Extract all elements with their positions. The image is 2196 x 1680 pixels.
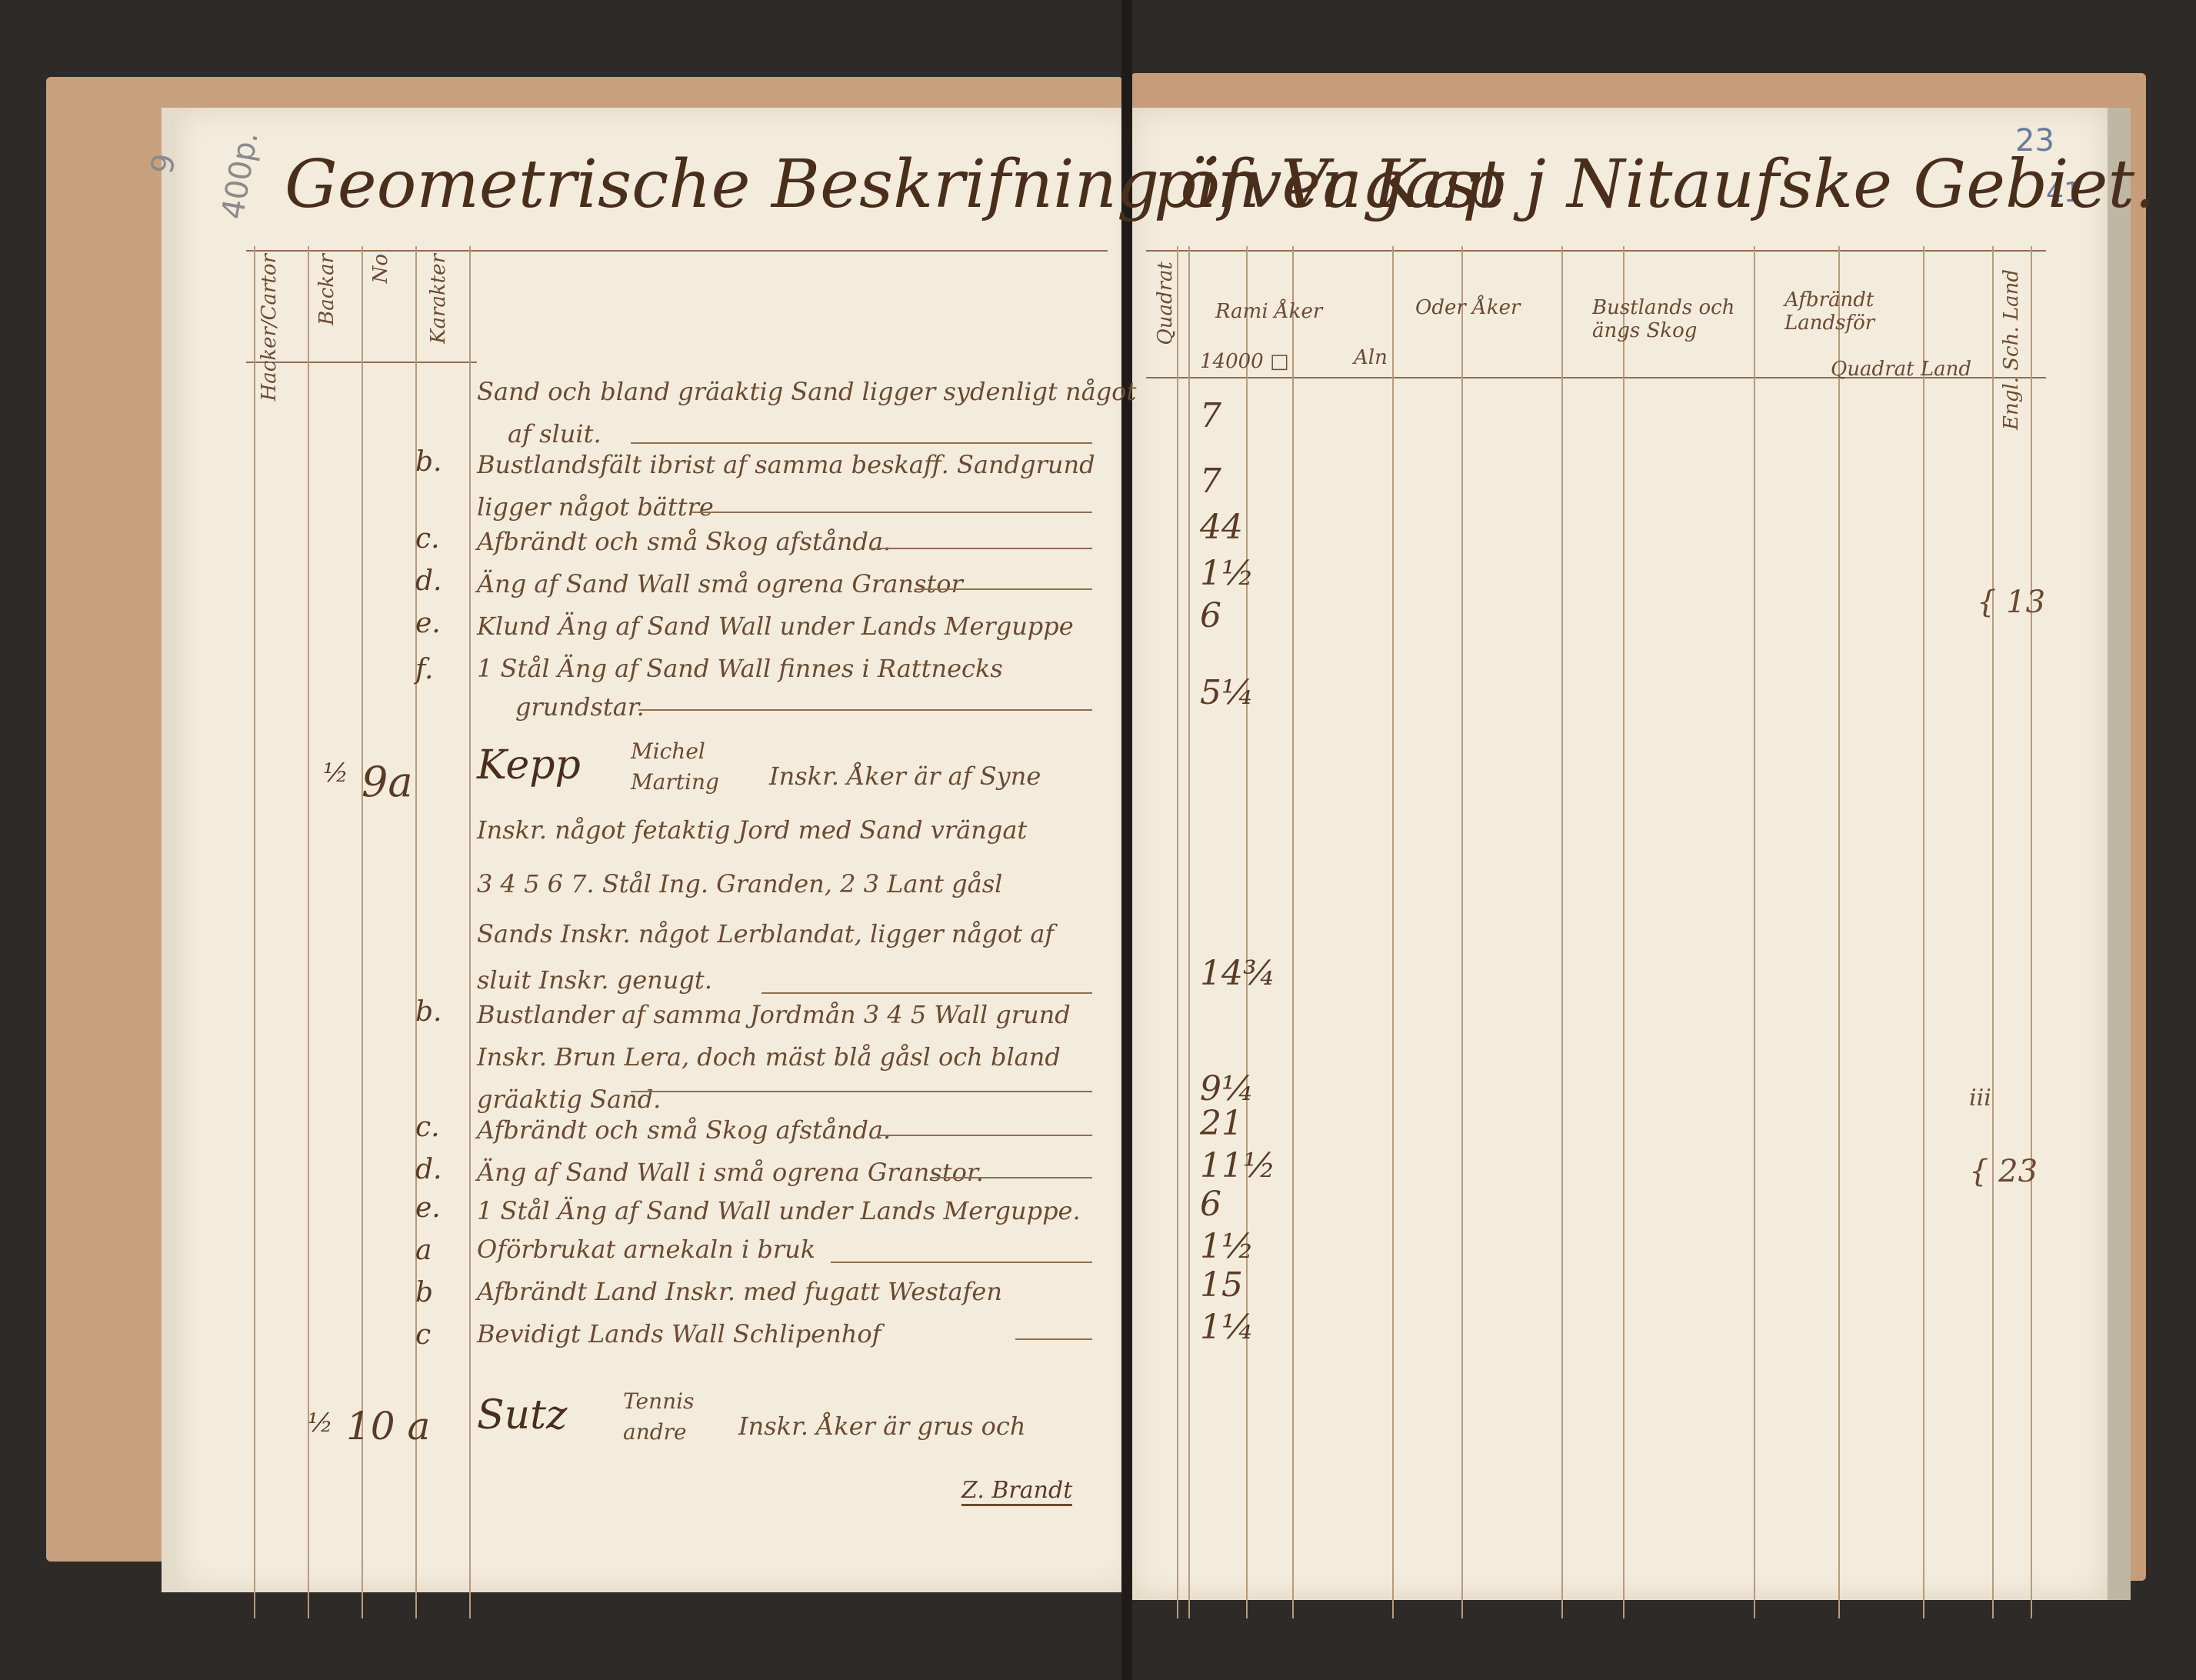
entry-letter: 9a <box>362 758 413 806</box>
title-right: pin Vagast j Nitaufske Gebiet. <box>1154 146 2155 223</box>
subheader-extra: Quadrat Land <box>1831 358 1971 381</box>
col-line <box>1177 246 1178 1618</box>
col-line <box>1561 246 1563 1618</box>
entry-rule <box>915 588 1092 590</box>
entry-rule <box>631 1091 1092 1092</box>
colhead-engl: Engl. Sch. Land <box>2000 269 2023 430</box>
colhead-oder-aker: Oder Åker <box>1415 296 1520 319</box>
entry-text: Inskr. Åker är af Syne <box>769 762 1041 791</box>
col-line <box>1188 246 1190 1618</box>
entry-area: 11½ <box>1200 1146 1276 1185</box>
entry-rule <box>692 512 1092 513</box>
colhead-rami-aker: Rami Åker <box>1215 300 1322 323</box>
entry-area: 15 <box>1200 1265 1243 1305</box>
entry-area: 7 <box>1200 462 1221 501</box>
entry-rule <box>931 1177 1092 1178</box>
col-line <box>254 246 255 1618</box>
entry-letter: c <box>415 1319 431 1351</box>
subheader-aln: Aln <box>1354 346 1388 369</box>
entry-fraction: ½ <box>308 1408 333 1438</box>
owner-name: andre <box>623 1419 687 1445</box>
col-line <box>1292 246 1294 1618</box>
entry-cont: Inskr. Brun Lera, doch mäst blå gåsl och… <box>477 1042 1061 1072</box>
col-line <box>2031 246 2032 1618</box>
colhead-backar: Backar <box>315 254 338 325</box>
entry-cont: 3 4 5 6 7. Stål Ing. Granden, 2 3 Lant g… <box>477 869 1002 898</box>
entry-letter: f. <box>415 654 433 685</box>
header-rule-right <box>1146 250 2046 252</box>
owner-name: Marting <box>631 769 719 795</box>
owner-name: Tennis <box>623 1388 694 1414</box>
entry-text: Sand och bland gräaktig Sand ligger syde… <box>477 377 1136 406</box>
entry-letter: 10 a <box>346 1404 430 1448</box>
col-line <box>1461 246 1463 1618</box>
entry-letter: c. <box>415 1112 440 1143</box>
entry-area: 7 <box>1200 396 1221 435</box>
col-line <box>1623 246 1625 1618</box>
entry-area: 14¾ <box>1200 954 1276 993</box>
entry-text: Afbrändt och små Skog afstånda. <box>477 1115 891 1145</box>
entry-letter: c. <box>415 523 440 555</box>
entry-area: 5¼ <box>1200 673 1255 712</box>
entry-cont: grundstar. <box>515 692 645 722</box>
entry-cont: sluit Inskr. genugt. <box>477 965 712 995</box>
entry-fraction: ½ <box>323 758 348 788</box>
farm-name: Kepp <box>477 742 581 788</box>
entry-rule <box>831 1262 1092 1263</box>
entry-letter: d. <box>415 565 442 597</box>
entry-area: 6 <box>1200 596 1221 635</box>
farm-name: Sutz <box>477 1392 567 1438</box>
entry-text: 1 Stål Äng af Sand Wall finnes i Rattnec… <box>477 654 1003 683</box>
entry-area: 44 <box>1200 508 1243 547</box>
entry-cont: ligger något bättre <box>477 492 714 522</box>
entry-text: Äng af Sand Wall i små ogrena Granstor. <box>477 1158 984 1187</box>
col-line <box>1246 246 1248 1618</box>
bracket-total: { 23 <box>1969 1154 2038 1189</box>
entry-text: Bevidigt Lands Wall Schlipenhof <box>477 1319 881 1348</box>
colhead-afbrandt: Afbrändt Landsför <box>1784 288 1915 335</box>
entry-cont: gräaktig Sand. <box>477 1085 661 1114</box>
entry-area: 1½ <box>1200 554 1255 593</box>
header-rule-left <box>246 250 1108 252</box>
entry-area: 1¼ <box>1200 1308 1255 1347</box>
col-line <box>1992 246 1994 1618</box>
entry-text: 1 Stål Äng af Sand Wall under Lands Merg… <box>477 1196 1081 1225</box>
entry-letter: e. <box>415 1192 441 1224</box>
subheader-unit: 14000 □ <box>1200 350 1289 373</box>
surveyor-signature: Z. Brandt <box>961 1477 1072 1506</box>
tally-mark: iii <box>1969 1085 1991 1112</box>
col-line <box>1392 246 1394 1618</box>
col-line <box>1754 246 1755 1618</box>
entry-letter: a <box>415 1235 432 1266</box>
entry-cont: af sluit. <box>508 419 601 448</box>
entry-text: Afbrändt och små Skog afstånda. <box>477 527 891 556</box>
colhead-cartor: Hacker/Cartor <box>258 254 281 401</box>
entry-area: 21 <box>1200 1104 1243 1143</box>
col-line <box>1923 246 1924 1618</box>
entry-cont: Sands Inskr. något Lerblandat, ligger nå… <box>477 919 1054 948</box>
entry-letter: b. <box>415 996 442 1028</box>
entry-letter: b <box>415 1277 433 1308</box>
book-spine <box>1121 0 1132 1680</box>
col-line <box>1838 246 1840 1618</box>
entry-cont: Inskr. något fetaktig Jord med Sand vrän… <box>477 815 1027 845</box>
entry-area: 1½ <box>1200 1227 1255 1266</box>
bracket-total: { 13 <box>1977 585 2045 620</box>
colhead-no: No <box>369 254 392 283</box>
entry-text: Bustlandsfält ibrist af samma beskaff. S… <box>477 450 1095 479</box>
col-line <box>469 246 471 1618</box>
entry-text: Oförbrukat arnekaln i bruk <box>477 1235 815 1264</box>
entry-rule <box>869 548 1092 549</box>
entry-letter: d. <box>415 1154 442 1185</box>
entry-text: Klund Äng af Sand Wall under Lands Mergu… <box>477 612 1074 641</box>
entry-letter: e. <box>415 608 441 639</box>
entry-area: 9¼ <box>1200 1069 1255 1108</box>
entry-rule <box>877 1135 1092 1136</box>
entry-rule <box>1015 1338 1092 1340</box>
colhead-quadrat: Quadrat <box>1154 262 1177 345</box>
colhead-karakter: Karakter <box>427 254 450 344</box>
entry-rule <box>638 709 1092 711</box>
entry-text: Inskr. Åker är grus och <box>738 1412 1025 1441</box>
entry-rule <box>631 442 1092 444</box>
entry-text: Afbrändt Land Inskr. med fugatt Westafen <box>477 1277 1002 1306</box>
entry-area: 6 <box>1200 1185 1221 1224</box>
entry-rule <box>761 992 1092 994</box>
entry-letter: b. <box>415 446 442 478</box>
colhead-bustlands: Bustlands och ängs Skog <box>1592 296 1761 342</box>
entry-text: Äng af Sand Wall små ogrena Granstor <box>477 569 963 598</box>
entry-text: Bustlander af samma Jordmån 3 4 5 Wall g… <box>477 1000 1071 1029</box>
owner-name: Michel <box>631 738 705 764</box>
